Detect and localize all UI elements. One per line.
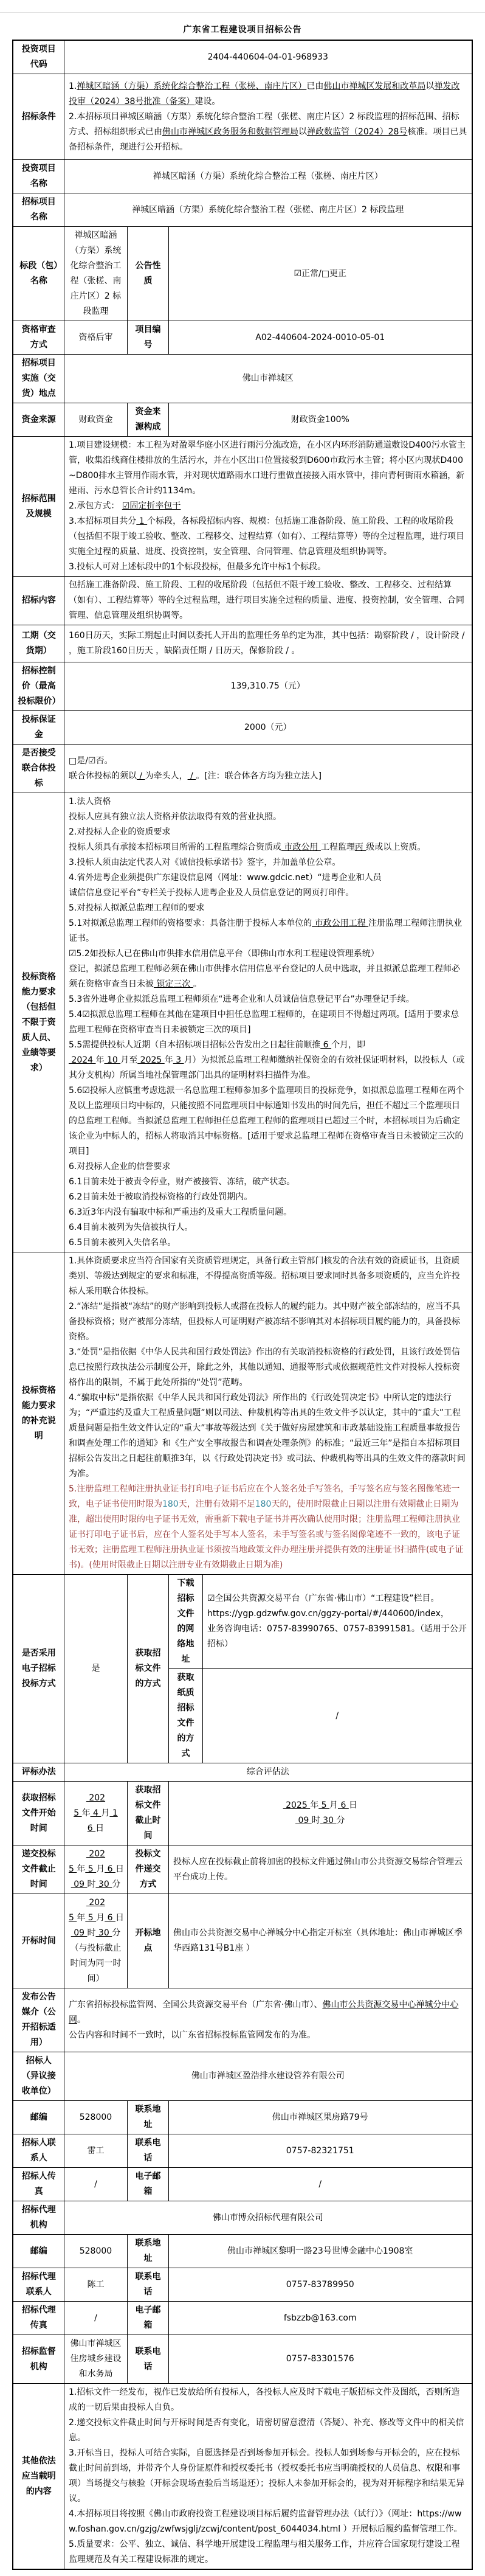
other-content-value: 1.招标文件一经发布，视作已发放给所有投标人，各投标人应及时下载电子版招标文件及…: [64, 2384, 472, 2570]
agency-fax-value: /: [64, 2302, 127, 2335]
fund-source-label: 资金来源: [13, 403, 64, 437]
other-content-label: 其他依法应当载明的内容: [13, 2384, 64, 2570]
qualification-requirements-value: 1.法人资格投标人应具有独立法人资格并依法取得有效的营业执照。2.对投标人企业的…: [64, 793, 472, 1252]
delivery-place-label: 招标项目实施（交货）地点: [13, 355, 64, 403]
submission-method-value: 投标人应在投标截止前将加密的投标文件通过佛山市公共资源交易综合管理云平台成功上传…: [168, 1845, 472, 1894]
tenderer-phone-value: 0757-82321751: [168, 2134, 472, 2168]
agency-email-label: 电子邮箱: [127, 2302, 168, 2335]
row-submission: 递交投标文件截止时间 2025 年 5 月 6 日 09 时 30 分 投标文件…: [13, 1845, 472, 1894]
paper-documents-label: 获取纸质招标文件的方式: [168, 1669, 202, 1763]
paragraph: 5.质量要求：公平、独立、诚信、科学地开展建设工程监理与相关服务工作，并应符合国…: [69, 2537, 467, 2567]
document-start-label: 获取招标文件开始时间: [13, 1782, 64, 1845]
paragraph: 4.省外进粤企业须提供广东建设信息网（网址：www.gdcic.net）“进粤企…: [69, 870, 467, 886]
package-name-value: 禅城区暗涵（方渠）系统化综合整治工程（张槎、南庄片区）2 标段监理: [64, 227, 127, 321]
paragraph: 2025 年 5 月 6 日: [173, 1798, 467, 1813]
paragraph: 6.5目前未被列入失信名单。: [69, 1235, 467, 1251]
fund-composition-value: 财政资金100%: [168, 403, 472, 437]
evaluation-method-label: 评标办法: [13, 1763, 64, 1782]
paragraph: 2.“冻结”是指被“冻结”的财产影响到投标人或潜在投标人的履约能力。其中财产被全…: [69, 1299, 467, 1345]
row-tenderer-postcode: 邮编 528000 联系地址 佛山市禅城区果房路79号: [13, 2101, 472, 2134]
paragraph: 5.6☑投标人应慎重考虑选派一名总监理工程师参加多个监理项目的投标竞争，如拟派总…: [69, 1083, 467, 1159]
row-package-name: 标段（包）名称 禅城区暗涵（方渠）系统化综合整治工程（张槎、南庄片区）2 标段监…: [13, 227, 472, 321]
paragraph: 09 时 30 分: [69, 1877, 123, 1892]
paragraph: 6.3近3年内没有骗取中标和严重违约及重大工程质量问题。: [69, 1205, 467, 1220]
document-deadline-value: 2025 年 5 月 6 日 09 时 30 分: [168, 1782, 472, 1845]
row-agency-contact: 招标代理联系人 陈工 联系电话 0757-83789950: [13, 2268, 472, 2302]
duration-value: 160日历天，实际工期起止时间以委托人开出的监理任务单约定为准，其中包括：勘察阶…: [64, 625, 472, 662]
paragraph: 4.本招标项目将按照《佛山市政府投资工程建设项目标后履约监督管理办法（试行）》（…: [69, 2507, 467, 2537]
supplementary-notes-value: 1.具体资质要求应当符合国家有关资质管理规定，具备行政主管部门核发的合法有效的资…: [64, 1252, 472, 1575]
tenderer-phone-label: 联系电话: [127, 2134, 168, 2168]
paragraph: 1.具体资质要求应当符合国家有关资质管理规定，具备行政主管部门核发的合法有效的资…: [69, 1254, 467, 1299]
row-scope: 招标范围及规模 1.项目建设规模：本工程为对盈翠华庭小区进行雨污分流改造，在小区…: [13, 437, 472, 577]
row-tender-content: 招标内容 包括施工准备阶段、施工阶段、工程的收尾阶段（包括但不限于竣工验收、整改…: [13, 577, 472, 625]
project-number-label: 项目编号: [127, 321, 168, 355]
download-address-value: ☑全国公共资源交易平台（广东省·佛山市）“工程建设”栏目。https://ygp…: [202, 1575, 472, 1669]
row-tenderer-contact: 招标人联系人 雷工 联系电话 0757-82321751: [13, 2134, 472, 2168]
paragraph: 投标人须具有承接本招标项目所需的工程监理综合资质或 市政公用 工程监理丙 级或以…: [69, 840, 467, 855]
supervisor-phone-value: 0757-83301576: [168, 2335, 472, 2384]
paragraph: 2.递交投标文件截止时间与开标时间是否有变化，请密切留意澄清（答疑）、补充、修改…: [69, 2415, 467, 2446]
page-title: 广东省工程建设项目招标公告: [0, 23, 485, 35]
opening-time-label: 开标时间: [13, 1894, 64, 1988]
row-document-dates: 获取招标文件开始时间 2025 年 4 月 16 日 获取招标文件截止时间 20…: [13, 1782, 472, 1845]
supervisor-phone-label: 联系电话: [127, 2335, 168, 2384]
paragraph: （与投标截止时间为同一时间）: [69, 1941, 123, 1987]
document-start-value: 2025 年 4 月 16 日: [64, 1782, 127, 1845]
document-deadline-label: 获取招标文件截止时间: [127, 1782, 168, 1845]
investment-name-value: 禅城区暗涵（方渠）系统化综合整治工程（张槎、南庄片区）: [64, 160, 472, 193]
paragraph: 1.项目建设规模：本工程为对盈翠华庭小区进行雨污分流改造，在小区内环形消防通道敷…: [69, 438, 467, 499]
paragraph: 4.“骗取中标”是指依据《中华人民共和国行政处罚法》所作出的《行政处罚决定书》中…: [69, 1390, 467, 1482]
row-agency: 招标代理机构 佛山市博众招标代理有限公司: [13, 2201, 472, 2235]
fund-source-value: 财政资金: [64, 403, 127, 437]
investment-name-label: 投资项目名称: [13, 160, 64, 193]
paragraph: 登记，拟派总监理工程师必须在佛山市供排水信用信息平台登记的人员中选取，并且拟派总…: [69, 962, 467, 992]
paragraph: □是/☑否。: [69, 754, 467, 769]
control-price-value: 139,310.75（元）: [64, 662, 472, 711]
tenderer-fax-value: /: [64, 2168, 127, 2201]
row-supplementary-notes: 投标资格能力要求的补充说明 1.具体资质要求应当符合国家有关资质管理规定，具备行…: [13, 1252, 472, 1575]
paragraph: 3.投标人可对上述标段中的1个标段投标，但最多允许中标1个标段。: [69, 560, 467, 575]
paragraph: 公告内容和时间不一致时，以广东省招标投标监管网发布的为准。: [69, 2028, 467, 2043]
agency-email-value: fsbzzb@163.com: [168, 2302, 472, 2335]
tenderer-label: 招标人（异议接收单位）: [13, 2052, 64, 2101]
qualification-review-label: 资格审查方式: [13, 321, 64, 355]
row-electronic-bidding: 是否采用电子招标投标方式 是 获取招标文件的方式 下载招标文件的网络地址 ☑全国…: [13, 1575, 472, 1669]
paragraph: 2.对投标人企业的资质要求: [69, 825, 467, 840]
tenderer-address-value: 佛山市禅城区果房路79号: [168, 2101, 472, 2134]
paragraph: 5.3省外进粤企业拟派总监理工程师须在“进粤企业和人员诚信信息登记平台”办理登记…: [69, 992, 467, 1007]
bid-conditions-value: 1.禅城区暗涵（方渠）系统化综合整治工程（张槎、南庄片区）已由佛山市禅城区发展和…: [64, 74, 472, 160]
paragraph: 广东省招标投标监管网、全国公共资源交易平台（广东省·佛山市）、佛山市公共资源交易…: [69, 1998, 467, 2028]
package-name-label: 标段（包）名称: [13, 227, 64, 321]
announcement-nature-value: ☑正常/□更正: [168, 227, 472, 321]
paragraph: 2025 年 5 月 6 日: [69, 1895, 123, 1926]
paragraph: 6.4目前未被列为失信被执行人。: [69, 1220, 467, 1235]
row-bid-conditions: 招标条件 1.禅城区暗涵（方渠）系统化综合整治工程（张槎、南庄片区）已由佛山市禅…: [13, 74, 472, 160]
announcement-table: 投资项目代码 2404-440604-04-01-968933 招标条件 1.禅…: [12, 40, 472, 2570]
submission-method-label: 投标文件递交方式: [127, 1845, 168, 1894]
opening-place-value: 佛山市公共资源交易中心禅城分中心指定开标室（具体地址：佛山市禅城区季华西路131…: [168, 1894, 472, 1988]
row-tenderer-fax: 招标人传真 / 电子邮箱 /: [13, 2168, 472, 2201]
paragraph: 业务咨询电话：0757-83990765、0757-83991581。（适用于公…: [207, 1622, 467, 1652]
paragraph: 联合体投标的须以 / 为牵头人， / 。[注：联合体各方均为独立法人]: [69, 769, 467, 784]
paragraph: 2.本招标项目禅城区暗涵（方渠）系统化综合整治工程（张槎、南庄片区）2 标段监理…: [69, 109, 467, 155]
row-supervisor: 招标监督机构 佛山市禅城区住房城乡建设和水务局 联系电话 0757-833015…: [13, 2335, 472, 2384]
evaluation-method-value: 综合评估法: [64, 1763, 472, 1782]
row-agency-postcode: 邮编 528000 联系地址 佛山市禅城区黎明一路23号世博金融中心1908室: [13, 2235, 472, 2268]
supervisor-label: 招标监督机构: [13, 2335, 64, 2384]
opening-place-label: 开标地点: [127, 1894, 168, 1988]
paragraph: 09 时 30 分: [69, 1926, 123, 1941]
paragraph: 2.承包方式： ☑固定折率包干: [69, 499, 467, 514]
tenderer-contact-label: 招标人联系人: [13, 2134, 64, 2168]
agency-postcode-value: 528000: [64, 2235, 127, 2268]
control-price-label: 招标控制价（最高投标限价）: [13, 662, 64, 711]
obtain-documents-label: 获取招标文件的方式: [127, 1575, 168, 1763]
consortium-label: 是否接受联合体投标: [13, 745, 64, 793]
row-investment-code: 投资项目代码 2404-440604-04-01-968933: [13, 40, 472, 74]
paper-documents-value: /: [202, 1669, 472, 1763]
row-bid-bond: 投标保证金 2000（元）: [13, 711, 472, 745]
paragraph: 6.1目前未处于被责令停业，财产被接管、冻结，破产状态。: [69, 1175, 467, 1190]
agency-phone-label: 联系电话: [127, 2268, 168, 2302]
scope-label: 招标范围及规模: [13, 437, 64, 577]
paragraph: 5.注册监理工程师注册执业证书打印电子证书后应在个人签名处手写签名，手写签名应与…: [69, 1482, 467, 1573]
download-address-label: 下载招标文件的网络地址: [168, 1575, 202, 1669]
duration-label: 工期（交货期）: [13, 625, 64, 662]
investment-code-label: 投资项目代码: [13, 40, 64, 74]
paragraph: 1.法人资格: [69, 794, 467, 810]
agency-phone-value: 0757-83789950: [168, 2268, 472, 2302]
paragraph: 3.“处罚”是指依据《中华人民共和国行政处罚法》作出的有关取消投标资格的行政处罚…: [69, 1345, 467, 1390]
agency-address-label: 联系地址: [127, 2235, 168, 2268]
paragraph: 3.开标当日，投标人可结合实际，自愿选择是否到场参加开标会。投标人如到场参与开标…: [69, 2446, 467, 2507]
qualification-requirements-label: 投标资格能力要求（包括但不限于资质人员、业绩等要求）: [13, 793, 64, 1252]
tenderer-address-label: 联系地址: [127, 2101, 168, 2134]
paragraph: https://ygp.gdzwfw.gov.cn/ggzy-portal/#/…: [207, 1606, 467, 1622]
row-qualification-requirements: 投标资格能力要求（包括但不限于资质人员、业绩等要求） 1.法人资格投标人应具有独…: [13, 793, 472, 1252]
row-investment-name: 投资项目名称 禅城区暗涵（方渠）系统化综合整治工程（张槎、南庄片区）: [13, 160, 472, 193]
row-tender-name: 招标项目名称 禅城区暗涵（方渠）系统化综合整治工程（张槎、南庄片区）2 标段监理: [13, 193, 472, 227]
agency-contact-value: 陈工: [64, 2268, 127, 2302]
announcement-nature-label: 公告性质: [127, 227, 168, 321]
tender-name-label: 招标项目名称: [13, 193, 64, 227]
paragraph: 2025 年 5 月 6 日: [69, 1847, 123, 1877]
paragraph: 5.对投标人拟派总监理工程师的要求: [69, 901, 467, 916]
row-agency-fax: 招标代理传真 / 电子邮箱 fsbzzb@163.com: [13, 2302, 472, 2335]
fund-composition-label: 资金来源构成: [127, 403, 168, 437]
tenderer-postcode-value: 528000: [64, 2101, 127, 2134]
tenderer-value: 佛山市禅城区盈浩排水建设管养有限公司: [64, 2052, 472, 2101]
opening-time-value: 2025 年 5 月 6 日 09 时 30 分（与投标截止时间为同一时间）: [64, 1894, 127, 1988]
row-evaluation-method: 评标办法 综合评估法: [13, 1763, 472, 1782]
media-value: 广东省招标投标监管网、全国公共资源交易平台（广东省·佛山市）、佛山市公共资源交易…: [64, 1988, 472, 2052]
row-opening: 开标时间 2025 年 5 月 6 日 09 时 30 分（与投标截止时间为同一…: [13, 1894, 472, 1988]
bid-bond-value: 2000（元）: [64, 711, 472, 745]
paragraph: 2025 年 4 月 16 日: [69, 1791, 123, 1836]
tender-name-value: 禅城区暗涵（方渠）系统化综合整治工程（张槎、南庄片区）2 标段监理: [64, 193, 472, 227]
paragraph: 3.投标人须由法定代表人对《诚信投标承诺书》签字，并加盖单位公章。: [69, 855, 467, 870]
row-media: 发布公告媒介（公开招标适用） 广东省招标投标监管网、全国公共资源交易平台（广东省…: [13, 1988, 472, 2052]
project-number-value: A02-440604-2024-0010-05-01: [168, 321, 472, 355]
tenderer-email-label: 电子邮箱: [127, 2168, 168, 2201]
scope-value: 1.项目建设规模：本工程为对盈翠华庭小区进行雨污分流改造，在小区内环形消防通道敷…: [64, 437, 472, 577]
announcement-page: 广东省工程建设项目招标公告 投资项目代码 2404-440604-04-01-9…: [0, 12, 485, 2570]
submission-deadline-label: 递交投标文件截止时间: [13, 1845, 64, 1894]
tenderer-contact-value: 雷工: [64, 2134, 127, 2168]
supervisor-value: 佛山市禅城区住房城乡建设和水务局: [64, 2335, 127, 2384]
paragraph: 1.招标文件一经发布，视作已发放给所有投标人，各投标人应及时下载电子版招标文件及…: [69, 2385, 467, 2415]
agency-contact-label: 招标代理联系人: [13, 2268, 64, 2302]
tender-content-label: 招标内容: [13, 577, 64, 625]
paragraph: ☑5.2如投标人已在佛山市供排水信用信息平台（即佛山市水利工程建设管理系统）: [69, 946, 467, 962]
bid-bond-label: 投标保证金: [13, 711, 64, 745]
paragraph: 投标人应具有独立法人资格并依法取得有效的营业执照。: [69, 810, 467, 825]
qualification-review-value: 资格后审: [64, 321, 127, 355]
paragraph: 09 时 30 分: [173, 1813, 467, 1828]
tenderer-email-value: /: [168, 2168, 472, 2201]
consortium-value: □是/☑否。联合体投标的须以 / 为牵头人， / 。[注：联合体各方均为独立法人…: [64, 745, 472, 793]
agency-postcode-label: 邮编: [13, 2235, 64, 2268]
paragraph: 5.4☑拟派总监理工程师在其他在建项目中担任总监理工程师的，在建项目不得超过两项…: [69, 1007, 467, 1038]
paragraph: 2024 年 10 月至 2025 年 3 月）为拟派总监理工程师缴纳社保资金的…: [69, 1053, 467, 1083]
agency-address-value: 佛山市禅城区黎明一路23号世博金融中心1908室: [168, 2235, 472, 2268]
paragraph: 1.禅城区暗涵（方渠）系统化综合整治工程（张槎、南庄片区）已由佛山市禅城区发展和…: [69, 79, 467, 109]
media-label: 发布公告媒介（公开招标适用）: [13, 1988, 64, 2052]
electronic-bidding-label: 是否采用电子招标投标方式: [13, 1575, 64, 1763]
bid-conditions-label: 招标条件: [13, 74, 64, 160]
row-control-price: 招标控制价（最高投标限价） 139,310.75（元）: [13, 662, 472, 711]
delivery-place-value: 佛山市禅城区: [64, 355, 472, 403]
row-tenderer: 招标人（异议接收单位） 佛山市禅城区盈浩排水建设管养有限公司: [13, 2052, 472, 2101]
paragraph: 6.对投标人企业的信誉要求: [69, 1159, 467, 1175]
paragraph: 3.本招标项目共分 1 个标段，各标段招标内容、规模：包括施工准备阶段、施工阶段…: [69, 514, 467, 560]
paragraph: 5.5需提供投标人近期（自本招标项目招标公告发出之日起往前顺推 6 个月，即: [69, 1038, 467, 1053]
paragraph: ☑全国公共资源交易平台（广东省·佛山市）“工程建设”栏目。: [207, 1591, 467, 1606]
top-divider: [0, 12, 485, 13]
agency-value: 佛山市博众招标代理有限公司: [64, 2201, 472, 2235]
submission-deadline-value: 2025 年 5 月 6 日 09 时 30 分: [64, 1845, 127, 1894]
investment-code-value: 2404-440604-04-01-968933: [64, 40, 472, 74]
row-fund-source: 资金来源 财政资金 资金来源构成 财政资金100%: [13, 403, 472, 437]
supplementary-notes-label: 投标资格能力要求的补充说明: [13, 1252, 64, 1575]
tender-content-value: 包括施工准备阶段、施工阶段、工程的收尾阶段（包括但不限于竣工验收、整改、工程移交…: [64, 577, 472, 625]
row-other-content: 其他依法应当载明的内容 1.招标文件一经发布，视作已发放给所有投标人，各投标人应…: [13, 2384, 472, 2570]
row-qualification-review: 资格审查方式 资格后审 项目编号 A02-440604-2024-0010-05…: [13, 321, 472, 355]
electronic-bidding-value: 是: [64, 1575, 127, 1763]
row-consortium: 是否接受联合体投标 □是/☑否。联合体投标的须以 / 为牵头人， / 。[注：联…: [13, 745, 472, 793]
row-delivery-place: 招标项目实施（交货）地点 佛山市禅城区: [13, 355, 472, 403]
paragraph: 5.1对拟派总监理工程师的资格要求：具备注册于投标人本单位的 市政公用工程 注册…: [69, 916, 467, 946]
tenderer-postcode-label: 邮编: [13, 2101, 64, 2134]
row-duration: 工期（交货期） 160日历天，实际工期起止时间以委托人开出的监理任务单约定为准，…: [13, 625, 472, 662]
paragraph: 诚信信息登记平台”专栏关于投标人进粤企业及人员信息登记的网页打印件。: [69, 886, 467, 901]
agency-label: 招标代理机构: [13, 2201, 64, 2235]
paragraph: 6.2目前未处于被取消投标资格的行政处罚期内。: [69, 1190, 467, 1205]
tenderer-fax-label: 招标人传真: [13, 2168, 64, 2201]
agency-fax-label: 招标代理传真: [13, 2302, 64, 2335]
